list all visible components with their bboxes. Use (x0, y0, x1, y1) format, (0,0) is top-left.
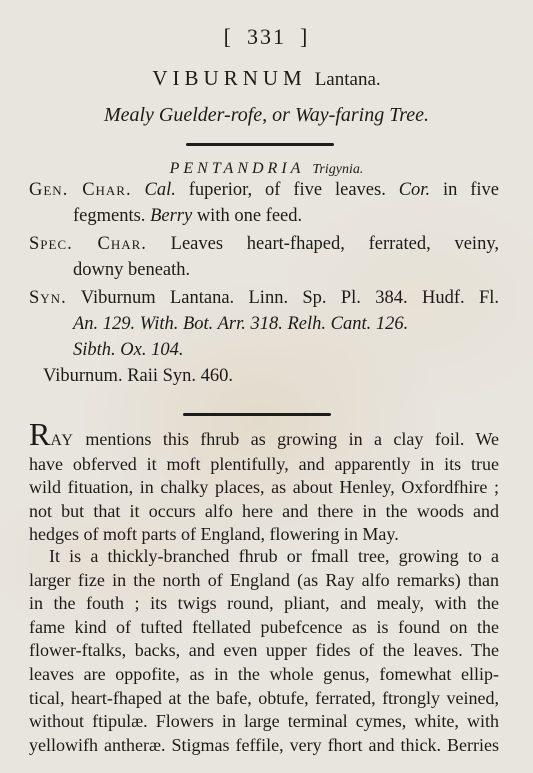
syn-line-1: Syn. Viburnum Lantana. Linn. Sp. Pl. 384… (29, 285, 499, 311)
linnaean-class: PENTANDRIA (170, 160, 305, 177)
classification-line: PENTANDRIATrigynia. (0, 160, 533, 178)
genus-name: VIBURNUM (152, 66, 306, 90)
para1-line-5: hedges of moft parts of England, floweri… (29, 523, 499, 547)
para1-line-3: wild fituation, in chalky places, as abo… (29, 476, 499, 500)
para1-text-1: mentions this fhrub as growing in a clay… (85, 429, 499, 449)
page-number-header: [331] (0, 24, 533, 50)
gen-char-text-2: in five (430, 180, 499, 200)
paragraph-1: RAY mentions this fhrub as growing in a … (29, 424, 499, 547)
close-bracket: ] (300, 24, 309, 49)
lead-word: AY (50, 432, 74, 449)
species-name: Lantana. (315, 69, 381, 90)
syn-text-1: Viburnum Lantana. Linn. Sp. Pl. 384. Hud… (81, 288, 499, 308)
common-name: Mealy Guelder-rofe, or Way-faring Tree. (0, 104, 533, 127)
synonyms-block: Syn. Viburnum Lantana. Linn. Sp. Pl. 384… (29, 285, 499, 389)
gen-char-segments: fegments. (73, 206, 150, 226)
para1-line-4: not but that it occurs alfo here and the… (29, 500, 499, 524)
para2-line-6: leaves are oppofite, as in the whole gen… (29, 663, 499, 687)
para2-line-4: fame kind of tufted ftellated pubefcence… (29, 616, 499, 640)
book-page: [331] VIBURNUMLantana. Mealy Guelder-rof… (0, 0, 533, 773)
gen-char-cal: Cal. (144, 180, 175, 200)
para2-line-1: It is a thickly-branched fhrub or fmall … (29, 545, 499, 569)
gen-char-block: Gen. Char. Cal. fuperior, of five leaves… (29, 177, 499, 229)
spec-char-label: Spec. Char. (29, 234, 147, 254)
species-title: VIBURNUMLantana. (0, 66, 533, 91)
divider-rule-top (186, 143, 334, 146)
page-number: 331 (247, 24, 286, 49)
syn-label: Syn. (29, 288, 67, 308)
syn-line-4: Viburnum. Raii Syn. 460. (29, 363, 499, 389)
gen-char-line-2: fegments. Berry with one feed. (29, 203, 499, 229)
para1-line-1: RAY mentions this fhrub as growing in a … (29, 424, 499, 453)
para2-line-7: tical, heart-fhaped at the bafe, obtufe,… (29, 687, 499, 711)
gen-char-berry: Berry (150, 206, 192, 226)
spec-char-line-1: Spec. Char. Leaves heart-fhaped, ferrate… (29, 231, 499, 257)
spec-char-line-2: downy beneath. (29, 257, 499, 283)
gen-char-cor: Cor. (399, 180, 430, 200)
para2-line-2: larger fize in the north of England (as … (29, 569, 499, 593)
gen-char-label: Gen. Char. (29, 180, 132, 200)
gen-char-text: fuperior, of five leaves. (176, 180, 399, 200)
para2-line-5: flower-ftalks, backs, and even upper fid… (29, 639, 499, 663)
para2-line-9: yellowifh antheræ. Stigmas feffile, very… (29, 734, 499, 758)
drop-cap: R (29, 416, 50, 452)
spec-char-text: Leaves heart-fhaped, ferrated, veiny, (171, 234, 499, 254)
para1-line-2: have obferved it moft plentifully, and a… (29, 453, 499, 477)
gen-char-seed: with one feed. (192, 206, 302, 226)
para2-line-8: without ftipulæ. Flowers in large termin… (29, 710, 499, 734)
gen-char-line-1: Gen. Char. Cal. fuperior, of five leaves… (29, 177, 499, 203)
syn-line-2: An. 129. With. Bot. Arr. 318. Relh. Cant… (29, 311, 499, 337)
para2-line-3: in the fouth ; its twigs round, pliant, … (29, 592, 499, 616)
open-bracket: [ (224, 24, 233, 49)
paragraph-2: It is a thickly-branched fhrub or fmall … (29, 545, 499, 757)
divider-rule-bottom (183, 413, 331, 416)
spec-char-block: Spec. Char. Leaves heart-fhaped, ferrate… (29, 231, 499, 283)
linnaean-order: Trigynia. (312, 162, 363, 177)
syn-line-3: Sibth. Ox. 104. (29, 337, 499, 363)
